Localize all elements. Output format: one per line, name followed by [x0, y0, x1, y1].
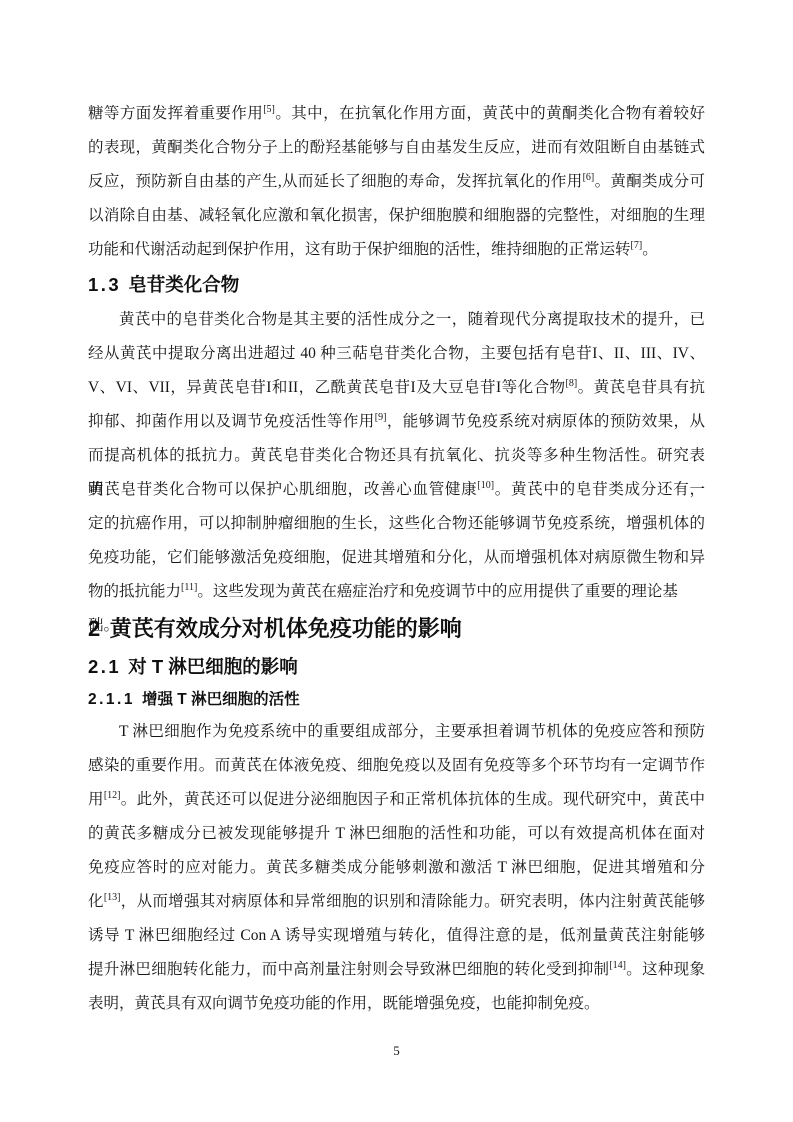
heading-2-immune-effects: 2黄芪有效成分对机体免疫功能的影响	[88, 609, 705, 649]
citation-ref: [12]	[104, 790, 121, 801]
heading-number: 1.3	[88, 274, 121, 295]
citation-ref: [14]	[609, 960, 626, 971]
heading-number: 2.1.1	[88, 691, 135, 708]
text-line: 感染的重要作用。而黄芪在体液免疫、细胞免疫以及固有免疫等多个环节均有一定调节作	[88, 749, 705, 783]
text-line: 的表现，黄酮类化合物分子上的酚羟基能够与自由基发生反应，进而有效阻断自由基链式	[88, 131, 705, 165]
page-content: 糖等方面发挥着重要作用[5]。其中，在抗氧化作用方面，黄芪中的黄酮类化合物有着较…	[0, 0, 793, 1021]
text-line: 黄芪中的皂苷类化合物是其主要的活性成分之一，随着现代分离提取技术的提升，已	[88, 303, 705, 337]
text-line: 糖等方面发挥着重要作用[5]。其中，在抗氧化作用方面，黄芪中的黄酮类化合物有着较…	[88, 97, 705, 131]
paragraph-flavonoids-continued: 糖等方面发挥着重要作用[5]。其中，在抗氧化作用方面，黄芪中的黄酮类化合物有着较…	[88, 97, 705, 267]
paragraph-saponins: 黄芪中的皂苷类化合物是其主要的活性成分之一，随着现代分离提取技术的提升，已经从黄…	[88, 303, 705, 609]
text-line: 化[13]，从而增强其对病原体和异常细胞的识别和清除能力。研究表明，体内注射黄芪…	[88, 885, 705, 919]
heading-title: 黄芪有效成分对机体免疫功能的影响	[110, 616, 462, 641]
text-line: 经从黄芪中提取分离出进超过 40 种三萜皂苷类化合物，主要包括有皂苷I、II、I…	[88, 337, 705, 371]
heading-title: 增强 T 淋巴细胞的活性	[142, 691, 300, 708]
text-line: V、VI、VII，异黄芪皂苷I和II，乙酰黄芪皂苷I及大豆皂苷I等化合物[8]。…	[88, 371, 705, 405]
citation-ref: [5]	[263, 104, 275, 115]
text-line: 用[12]。此外，黄芪还可以促进分泌细胞因子和正常机体抗体的生成。现代研究中，黄…	[88, 783, 705, 817]
heading-title: 对 T 淋巴细胞的影响	[128, 656, 298, 677]
citation-ref: [7]	[631, 240, 643, 251]
citation-ref: [10]	[477, 480, 494, 491]
heading-2-1-t-lymphocyte: 2.1对 T 淋巴细胞的影响	[88, 649, 705, 685]
citation-ref: [11]	[181, 582, 197, 593]
heading-number: 2	[88, 616, 103, 641]
text-line: 提升淋巴细胞转化能力，而中高剂量注射则会导致淋巴细胞的转化受到抑制[14]。这种…	[88, 953, 705, 987]
text-line: 抑郁、抑菌作用以及调节免疫活性等作用[9]，能够调节免疫系统对病原体的预防效果，…	[88, 405, 705, 439]
text-line: 物的抵抗能力[11]。这些发现为黄芪在癌症治疗和免疫调节中的应用提供了重要的理论…	[88, 575, 705, 609]
citation-ref: [9]	[375, 412, 387, 423]
text-line: 黄芪皂苷类化合物可以保护心肌细胞，改善心血管健康[10]。黄芪中的皂苷类成分还有…	[88, 473, 705, 507]
text-line: T 淋巴细胞作为免疫系统中的重要组成部分，主要承担着调节机体的免疫应答和预防	[88, 715, 705, 749]
text-line: 免疫应答时的应对能力。黄芪多糖类成分能够刺激和激活 T 淋巴细胞，促进其增殖和分	[88, 851, 705, 885]
text-line: 定的抗癌作用，可以抑制肿瘤细胞的生长，这些化合物还能够调节免疫系统，增强机体的	[88, 507, 705, 541]
text-line: 以消除自由基、减轻氧化应激和氧化损害，保护细胞膜和细胞器的完整性，对细胞的生理	[88, 199, 705, 233]
citation-ref: [8]	[566, 378, 578, 389]
text-line: 功能和代谢活动起到保护作用，这有助于保护细胞的活性，维持细胞的正常运转[7]。	[88, 233, 705, 267]
text-line: 表明，黄芪具有双向调节免疫功能的作用，既能增强免疫，也能抑制免疫。	[88, 987, 705, 1021]
page-number: 5	[0, 1043, 793, 1059]
heading-number: 2.1	[88, 656, 121, 677]
text-line: 免疫功能，它们能够激活免疫细胞，促进其增殖和分化，从而增强机体对病原微生物和异	[88, 541, 705, 575]
citation-ref: [6]	[583, 172, 595, 183]
text-line: 而提高机体的抵抗力。黄芪皂苷类化合物还具有抗氧化、抗炎等多种生物活性。研究表明，	[88, 439, 705, 473]
text-line: 反应，预防新自由基的产生,从而延长了细胞的寿命，发挥抗氧化的作用[6]。黄酮类成…	[88, 165, 705, 199]
paragraph-t-cells: T 淋巴细胞作为免疫系统中的重要组成部分，主要承担着调节机体的免疫应答和预防感染…	[88, 715, 705, 1021]
text-line: 诱导 T 淋巴细胞经过 Con A 诱导实现增殖与转化，值得注意的是，低剂量黄芪…	[88, 919, 705, 953]
heading-2-1-1-enhance-activity: 2.1.1增强 T 淋巴细胞的活性	[88, 685, 705, 715]
heading-1-3-saponins: 1.3皂苷类化合物	[88, 267, 705, 303]
citation-ref: [13]	[104, 892, 121, 903]
document-page: 糖等方面发挥着重要作用[5]。其中，在抗氧化作用方面，黄芪中的黄酮类化合物有着较…	[0, 0, 793, 1122]
text-line: 的黄芪多糖成分已被发现能够提升 T 淋巴细胞的活性和功能，可以有效提高机体在面对	[88, 817, 705, 851]
heading-title: 皂苷类化合物	[128, 274, 239, 295]
